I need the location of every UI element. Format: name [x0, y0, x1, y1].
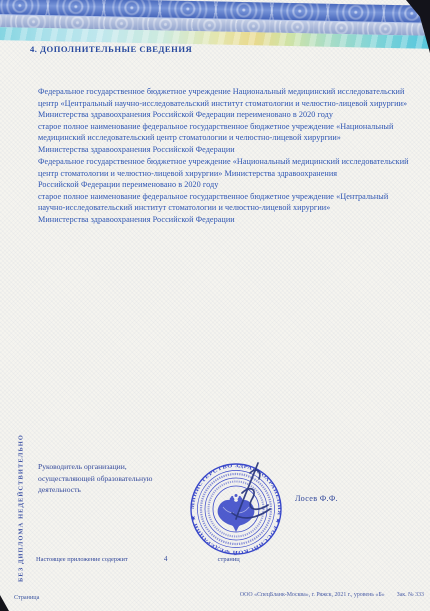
header-guilloche-band: [0, 0, 430, 49]
section-heading: 4. ДОПОЛНИТЕЛЬНЫЕ СВЕДЕНИЯ: [30, 44, 192, 54]
order-number: Зак. № 333: [397, 592, 424, 598]
double-eagle-icon: [218, 494, 255, 532]
invalid-without-diploma-vertical-text: БЕЗ ДИПЛОМА НЕДЕЙСТВИТЕЛЬНО: [18, 434, 25, 582]
additional-info-paragraph-1: Федеральное государственное бюджетное уч…: [38, 86, 414, 156]
photo-corner-shadow-bottom-left: [0, 595, 9, 611]
printer-credit: ООО «СпецБланк-Москва», г. Ряжск, 2021 г…: [240, 592, 385, 598]
pages-count-suffix: страниц: [218, 556, 240, 563]
ministry-stamp: МИНИСТЕРСТВО ЗДРАВООХРАНЕНИЯ ★ РОССИЙСКО…: [176, 449, 296, 569]
printer-credit-line: ООО «СпецБланк-Москва», г. Ряжск, 2021 г…: [240, 592, 424, 598]
additional-info-paragraph-2: Федеральное государственное бюджетное уч…: [38, 156, 414, 226]
page-word-label: Страница: [14, 594, 39, 601]
pages-count-line: Настоящее приложение содержит 4 страниц: [36, 555, 240, 563]
pages-count-value: 4: [144, 555, 188, 563]
diploma-supplement-page: 4. ДОПОЛНИТЕЛЬНЫЕ СВЕДЕНИЯ Федеральное г…: [0, 0, 430, 611]
signer-name: Лосев Ф.Ф.: [295, 494, 338, 503]
pages-count-prefix: Настоящее приложение содержит: [36, 556, 128, 563]
signer-role-label: Руководитель организации, осуществляющей…: [38, 461, 153, 496]
